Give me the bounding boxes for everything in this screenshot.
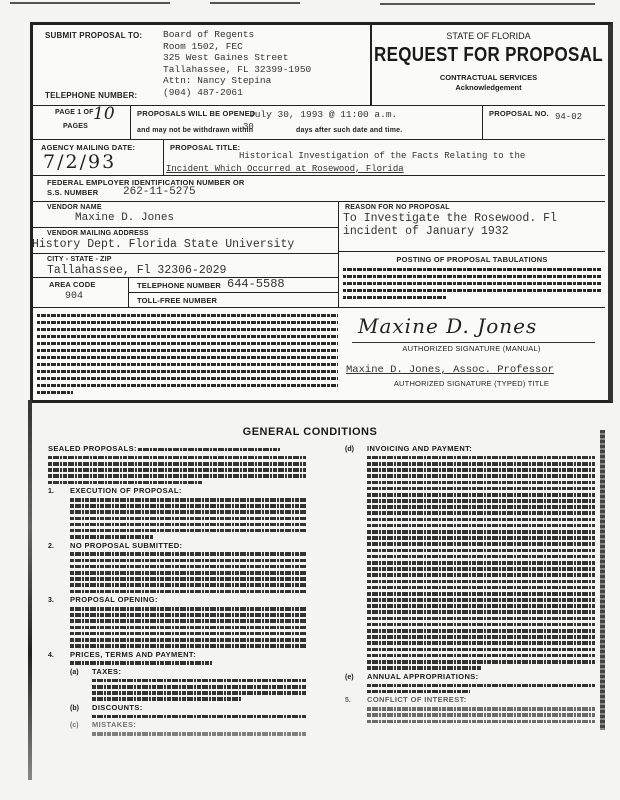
signature-line (352, 342, 595, 343)
vendor-name: Maxine D. Jones (75, 212, 174, 224)
general-conditions-title: GENERAL CONDITIONS (0, 426, 620, 438)
scan-edge-right (600, 430, 605, 730)
condition-discounts: (b)DISCOUNTS: (48, 705, 306, 718)
proposal-title-cell: PROPOSAL TITLE: Historical Investigation… (163, 139, 605, 175)
rfp-title-block: STATE OF FLORIDA REQUEST FOR PROPOSAL CO… (370, 25, 605, 105)
proposal-title-label: PROPOSAL TITLE: (170, 143, 240, 152)
condition-prices: 4.PRICES, TERMS AND PAYMENT: (48, 652, 306, 665)
address-line: (904) 487-2061 (163, 87, 311, 99)
acknowledgement-label: Acknowledgement (372, 83, 605, 92)
pages-label: pages (63, 123, 88, 130)
condition-sealed-proposals: SEALED PROPOSALS: (48, 446, 306, 484)
address-line: Room 1502, FEC (163, 41, 311, 53)
address-line: Board of Regents (163, 29, 311, 41)
condition-appropriations: (e)ANNUAL APPROPRIATIONS: (345, 674, 595, 694)
posting-label: POSTING OF PROPOSAL TABULATIONS (339, 255, 605, 264)
vendor-name-label: VENDOR NAME (47, 204, 102, 211)
telephone-number: 644-5588 (227, 277, 285, 291)
area-code-cell: AREA CODE 904 (33, 277, 128, 307)
area-code: 904 (65, 291, 83, 302)
submit-to-block: SUBMIT PROPOSAL TO: Board of Regents Roo… (33, 25, 370, 105)
page-label: Page 1 of (55, 109, 94, 116)
opening-cell: PROPOSALS WILL BE OPENED July 30, 1993 @… (130, 105, 482, 139)
scan-artifact (10, 2, 170, 4)
conditions-right-column: (d)INVOICING AND PAYMENT: (e)ANNUAL APPR… (345, 446, 595, 727)
submit-label: SUBMIT PROPOSAL TO: (45, 31, 142, 40)
vendor-address: History Dept. Florida State University (32, 238, 294, 251)
contractual-services-label: CONTRACTUAL SERVICES (372, 73, 605, 82)
page-count: 10 (93, 104, 115, 124)
vendor-city-cell: CITY - STATE - ZIP Tallahassee, Fl 32306… (33, 253, 338, 277)
tollfree-cell: TOLL-FREE NUMBER (128, 292, 338, 307)
opening-date: July 30, 1993 @ 11:00 a.m. (249, 109, 397, 120)
area-code-label: AREA CODE (49, 280, 96, 289)
address-line: Tallahassee, FL 32399-1950 (163, 64, 311, 76)
page-count-cell: Page 1 of 10 pages (33, 105, 130, 139)
withdraw-label: and may not be withdrawn within (137, 127, 253, 134)
proposal-no-value: 94-02 (555, 112, 582, 122)
scan-edge-left (28, 400, 32, 780)
typed-signature: Maxine D. Jones, Assoc. Professor (346, 364, 554, 376)
mailing-date-value: 7/2/93 (43, 151, 116, 173)
proposal-title-line2: Incident Which Occurred at Rosewood, Flo… (166, 164, 404, 174)
mailing-date-cell: AGENCY MAILING DATE: 7/2/93 (33, 139, 163, 175)
acknowledgement-form: SUBMIT PROPOSAL TO: Board of Regents Roo… (30, 22, 613, 403)
posting-text (343, 266, 601, 301)
typed-signature-label: AUTHORIZED SIGNATURE (TYPED) TITLE (338, 379, 605, 388)
rfp-title: REQUEST FOR PROPOSAL (372, 43, 605, 67)
reason-cell: REASON FOR NO PROPOSAL To Investigate th… (338, 201, 605, 251)
condition-opening: 3.PROPOSAL OPENING: (48, 597, 306, 648)
vendor-address-cell: VENDOR MAILING ADDRESS History Dept. Flo… (33, 227, 338, 253)
condition-invoicing: (d)INVOICING AND PAYMENT: (345, 446, 595, 670)
condition-conflict: 5.CONFLICT OF INTEREST: (345, 697, 595, 723)
vendor-address-label: VENDOR MAILING ADDRESS (47, 230, 149, 237)
telephone-cell: TELEPHONE NUMBER 644-5588 (128, 277, 338, 292)
proposal-no-cell: PROPOSAL NO. 94-02 (482, 105, 605, 139)
proposal-no-label: PROPOSAL NO. (489, 109, 549, 118)
vendor-city-label: CITY - STATE - ZIP (47, 256, 112, 263)
opening-label: PROPOSALS WILL BE OPENED (137, 109, 255, 118)
state-label: STATE OF FLORIDA (372, 31, 605, 41)
certification-cell (33, 307, 338, 397)
withdraw-days: 30 (243, 122, 254, 132)
reason-line2: incident of January 1932 (343, 225, 509, 238)
certification-text (37, 312, 338, 396)
tollfree-label: TOLL-FREE NUMBER (137, 296, 217, 305)
condition-taxes: (a)TAXES: (48, 669, 306, 701)
telephone-label: Telephone Number: (45, 91, 137, 100)
signature-cell: Maxine D. Jones AUTHORIZED SIGNATURE (MA… (338, 307, 605, 397)
address-line: 325 West Gaines Street (163, 52, 311, 64)
submit-address: Board of Regents Room 1502, FEC 325 West… (163, 29, 311, 98)
condition-execution: 1.EXECUTION OF PROPOSAL: (48, 488, 306, 539)
address-line: Attn: Nancy Stepina (163, 75, 311, 87)
vendor-city: Tallahassee, Fl 32306-2029 (47, 264, 226, 277)
reason-line1: To Investigate the Rosewood. Fl (343, 212, 557, 225)
ss-label: S.S. NUMBER (47, 188, 98, 197)
fein-cell: FEDERAL EMPLOYER IDENTIFICATION NUMBER O… (33, 175, 605, 201)
posting-cell: POSTING OF PROPOSAL TABULATIONS (338, 251, 605, 307)
telephone-number-label: TELEPHONE NUMBER (137, 281, 221, 290)
manual-signature-label: AUTHORIZED SIGNATURE (MANUAL) (338, 344, 605, 353)
scan-artifact (210, 2, 300, 4)
condition-no-proposal: 2.NO PROPOSAL SUBMITTED: (48, 543, 306, 594)
proposal-title-line1: Historical Investigation of the Facts Re… (239, 151, 525, 161)
fein-value: 262-11-5275 (123, 186, 196, 198)
days-label: days after such date and time. (296, 127, 402, 134)
scan-artifact (380, 3, 595, 5)
reason-label: REASON FOR NO PROPOSAL (345, 204, 450, 211)
vendor-name-cell: VENDOR NAME Maxine D. Jones (33, 201, 338, 227)
condition-mistakes: (c)MISTAKES: (48, 722, 306, 735)
conditions-left-column: SEALED PROPOSALS: 1.EXECUTION OF PROPOSA… (48, 446, 306, 740)
manual-signature[interactable]: Maxine D. Jones (358, 314, 537, 338)
